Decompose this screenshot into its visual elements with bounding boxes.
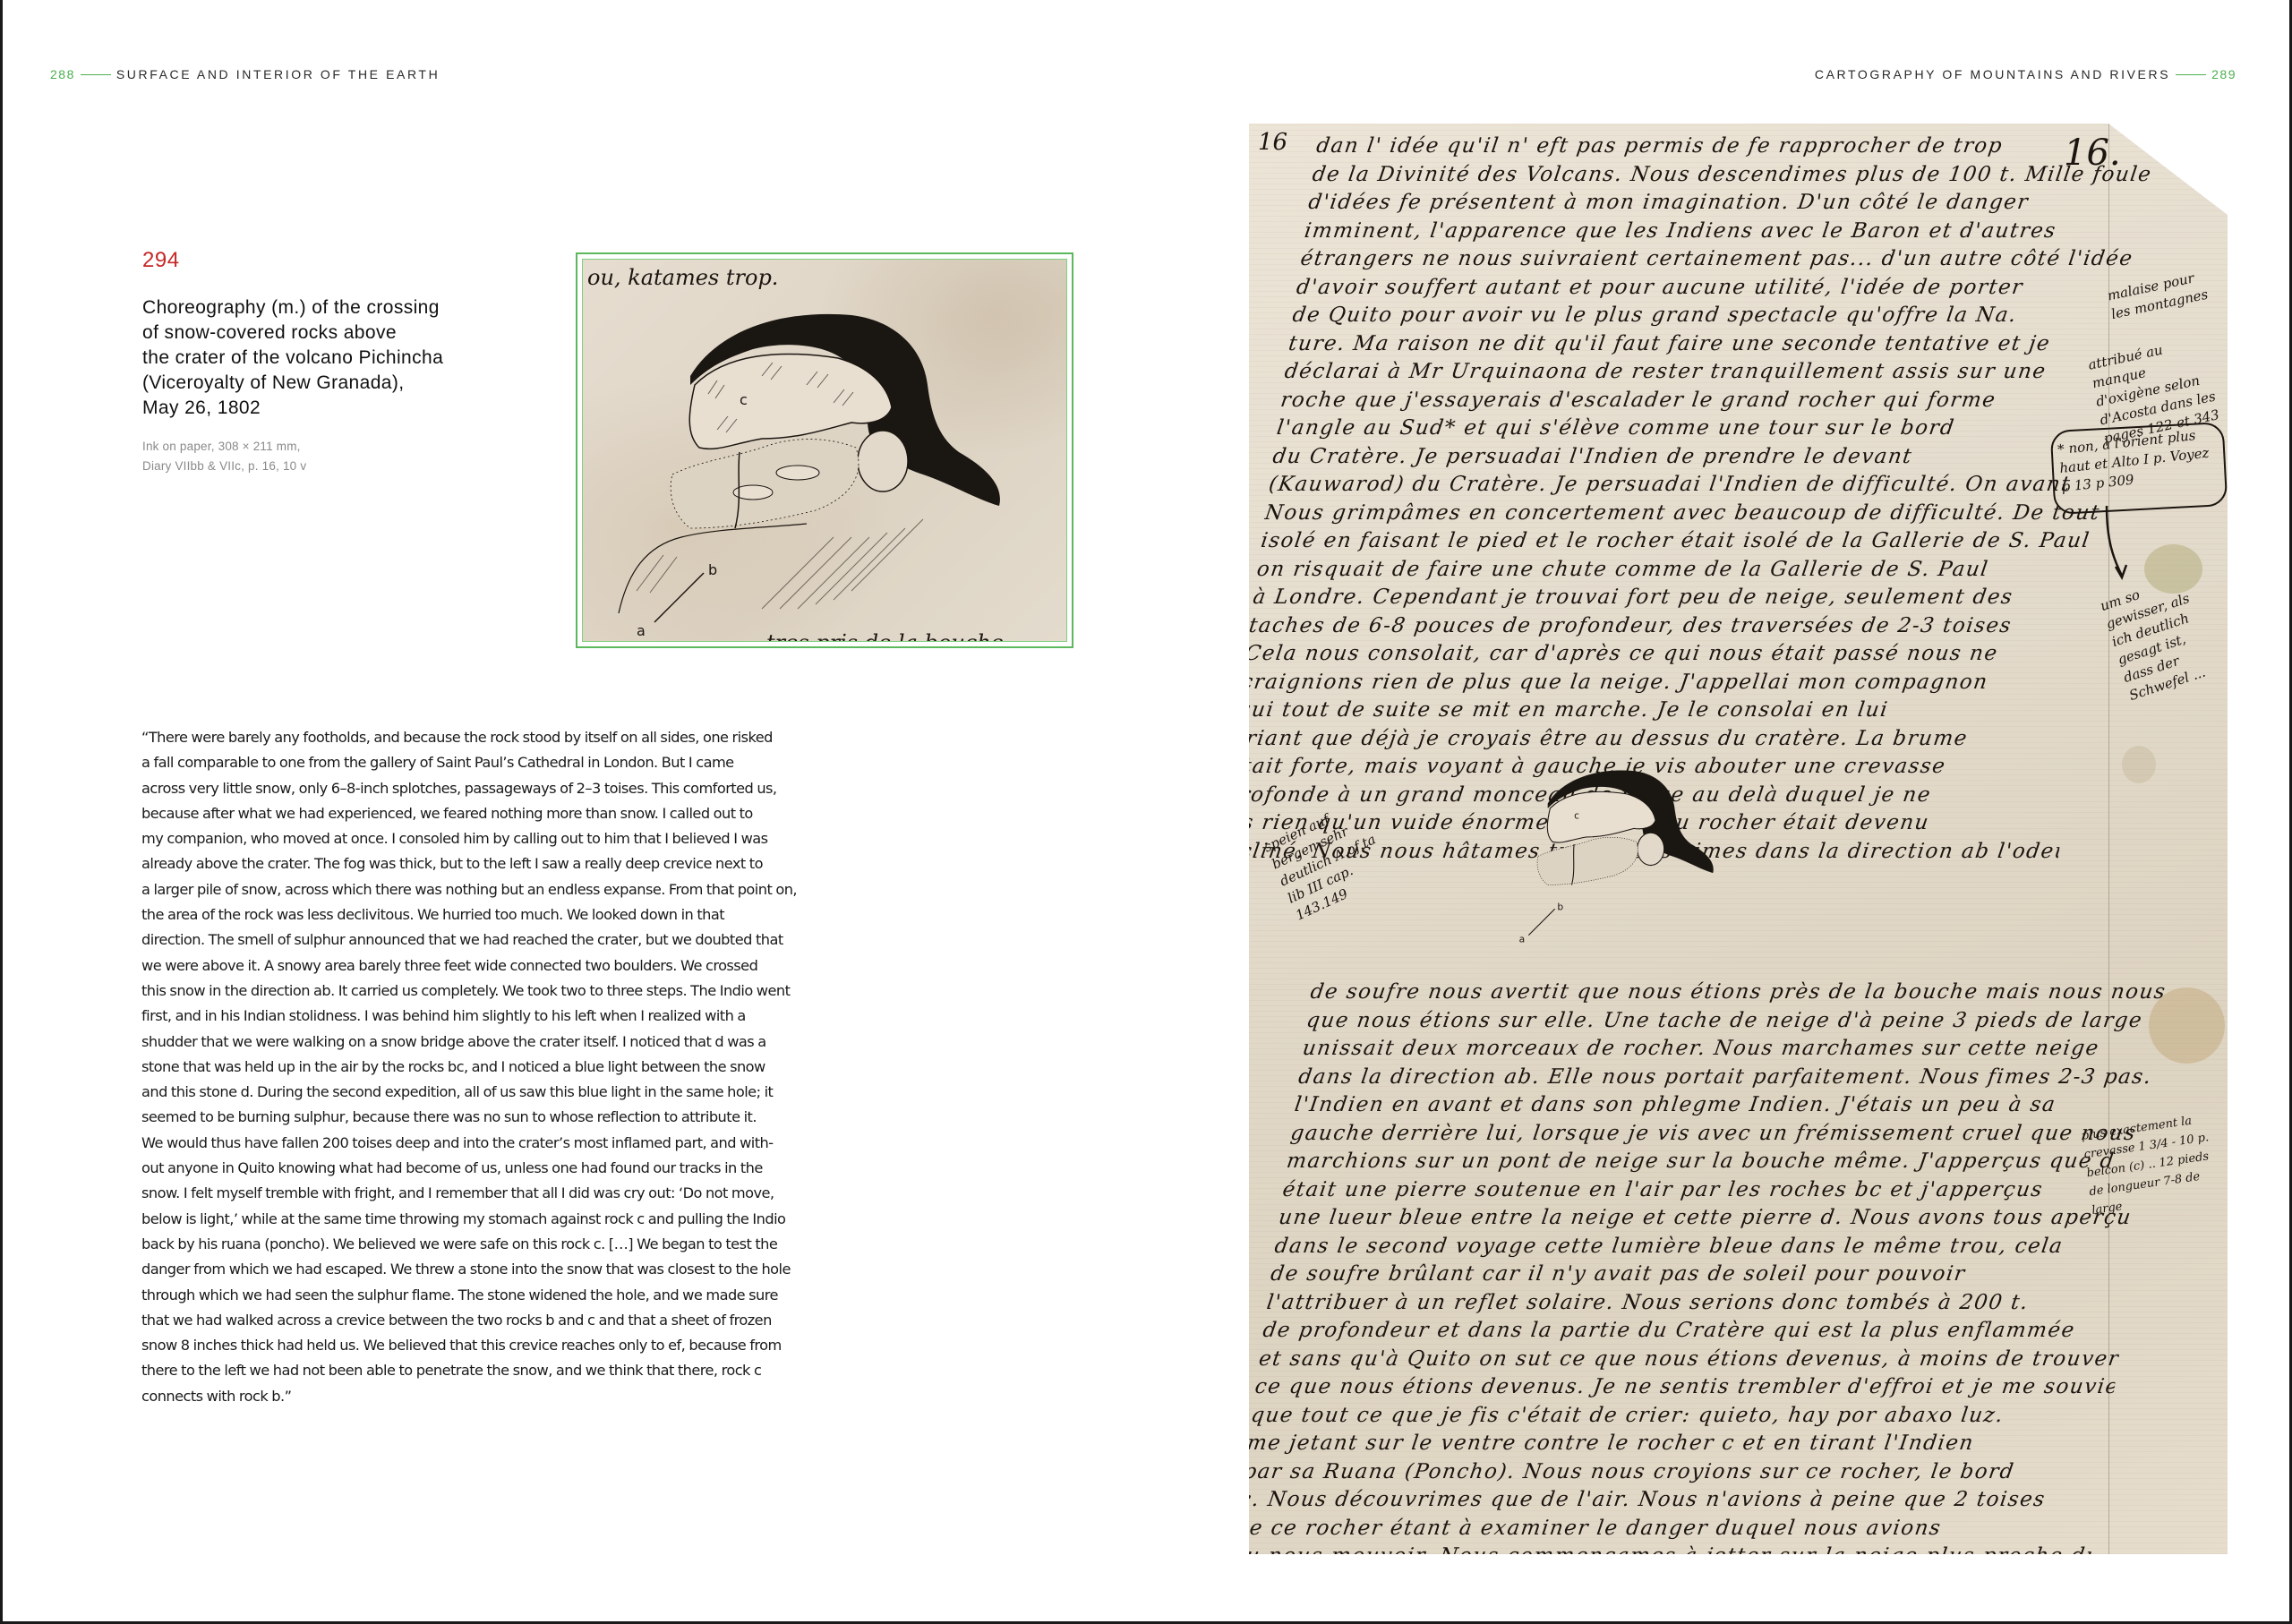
quote-line: that we had walked across a crevice betw… [141,1308,862,1333]
manuscript-line: et sans qu'à Quito on sut ce que nous ét… [1257,1346,2120,1374]
manuscript-line: était une pierre soutenue en l'air par l… [1280,1176,2143,1205]
rule-divider [81,74,111,75]
quote-line: below is light,’ while at the same time … [141,1207,862,1232]
plate-number: 294 [142,248,180,273]
quote-line: we were above it. A snowy area barely th… [141,953,862,979]
manuscript-line: qui tout de suite se mit en marche. Je l… [1249,697,2081,725]
manuscript-line: d'idées fe présentent à mon imagination.… [1306,189,2151,218]
volcano-rock-sketch-icon: ou, katames trop. c [583,260,1067,642]
svg-text:c: c [740,391,748,408]
manuscript-line: l'angle au Sud* et qui s'élève comme une… [1275,415,2120,443]
manuscript-line: que tout ce que je fis c'était de crier:… [1249,1402,2112,1431]
manuscript-line: on risquait de faire une chute comme de … [1255,556,2100,585]
manuscript-line: Nous grimpâmes en concertement avec beau… [1263,500,2108,528]
plate-title-line: May 26, 1802 [142,396,536,421]
section-title-right: CARTOGRAPHY OF MOUNTAINS AND RIVERS [1815,67,2170,81]
stain-spot [2122,746,2156,783]
manuscript-lower-text: de soufre nous avertit que nous étions p… [1249,979,2172,1554]
plate-title-line: Choreography (m.) of the crossing [142,295,536,321]
manuscript-line: que nous étions sur elle. Une tache de n… [1304,1007,2168,1036]
quote-line: the area of the rock was less declivitou… [141,902,862,927]
manuscript-line: ce que nous étions devenus. Je ne sentis… [1253,1373,2117,1402]
arrow-down-icon [2100,504,2135,585]
manuscript-line: une lueur bleue entre la neige et cette … [1277,1204,2140,1233]
manuscript-sketch-icon: c a b [1473,741,1768,947]
quote-line: there to the left we had not been able t… [141,1358,862,1383]
manuscript-line: dans la direction ab. Elle nous portait … [1296,1064,2159,1092]
detail-image-frame: ou, katames trop. c [576,252,1073,648]
manuscript-line: isolé en faisant le pied et le rocher ét… [1259,527,2104,556]
manuscript-line: unissait deux morceaux de rocher. Nous m… [1301,1035,2164,1064]
svg-text:a: a [637,622,646,639]
page-border-left [0,0,3,1624]
manuscript-line: roche que j'essayerais d'escalader le gr… [1279,387,2124,415]
quote-line: back by his ruana (poncho). We believed … [141,1232,862,1257]
manuscript-line: déclarai à Mr Urquinaona de rester tranq… [1283,358,2128,387]
meta-line: Ink on paper, 308 × 211 mm, [142,437,518,457]
manuscript-line: du Cratère. Je persuadai l'Indien de pre… [1270,443,2116,472]
manuscript-line: de la Divinité des Volcans. Nous descend… [1311,161,2156,190]
running-head-left: 288 SURFACE AND INTERIOR OF THE EARTH [50,67,440,81]
quote-line: my companion, who moved at once. I conso… [141,826,862,851]
manuscript-line: craignions rien de plus que la neige. J'… [1249,669,2084,697]
manuscript-line: d'avoir souffert autant et pour aucune u… [1295,274,2140,303]
manuscript-line: pu nous mouvoir. Nous commençames à jett… [1249,1543,2092,1554]
quote-line: across very little snow, only 6–8-inch s… [141,776,862,801]
rule-divider [2176,74,2206,75]
manuscript-line: ture. Ma raison ne dit qu'il faut faire … [1287,330,2132,359]
manuscript-line: l'Indien en avant et dans son phlegme In… [1293,1091,2156,1120]
manuscript-line: étrangers ne nous suivraient certainemen… [1298,245,2143,274]
page-number-left: 288 [50,67,75,81]
svg-text:b: b [708,561,717,578]
svg-text:a: a [1519,934,1526,945]
svg-text:ou, katames trop.: ou, katames trop. [587,265,778,290]
manuscript-line: de profondeur et dans la partie du Cratè… [1261,1317,2124,1346]
quote-line: a fall comparable to one from the galler… [141,750,862,775]
manuscript-line: par sa Ruana (Poncho). Nous nous croyion… [1249,1458,2105,1487]
manuscript-line: l'attribuer à un reflet solaire. Nous se… [1265,1289,2128,1318]
plate-title-line: of snow-covered rocks above [142,321,536,346]
manuscript-page-image: 16 16. dan l' idée qu'il n' eft pas perm… [1249,124,2228,1554]
meta-line: Diary VIIbb & VIIc, p. 16, 10 v [142,457,518,476]
manuscript-line: gauche derrière lui, lorsque je vis avec… [1288,1120,2151,1149]
manuscript-line: de soufre brûlant car il n'y avait pas d… [1269,1261,2132,1289]
plate-title: Choreography (m.) of the crossing of sno… [142,295,536,421]
manuscript-line: Cela nous consolait, car d'après ce qui … [1249,640,2089,669]
section-title-left: SURFACE AND INTERIOR OF THE EARTH [116,67,440,81]
manuscript-line: à Londre. Cependant je trouvai fort peu … [1251,584,2096,612]
quote-line: direction. The smell of sulphur announce… [141,927,862,953]
quote-line: danger from which we had escaped. We thr… [141,1257,862,1282]
manuscript-line: taches de 6-8 pouces de profondeur, des … [1249,612,2092,641]
quote-line: this snow in the direction ab. It carrie… [141,979,862,1004]
detail-image: ou, katames trop. c [582,259,1067,642]
manuscript-line: me jetant sur le ventre contre le rocher… [1249,1430,2108,1458]
quote-line: We would thus have fallen 200 toises dee… [141,1131,862,1156]
quote-line: through which we had seen the sulphur fl… [141,1283,862,1308]
manuscript-line: imminent, l'apparence que les Indiens av… [1303,218,2148,246]
quote-line: because after what we had experienced, w… [141,801,862,826]
manuscript-page-number-left: 16 [1258,129,1287,156]
manuscript-line: dans le second voyage cette lumière bleu… [1273,1233,2136,1261]
manuscript-line: marchions sur un pont de neige sur la bo… [1285,1148,2148,1176]
quote-line: out anyone in Quito knowing what had bec… [141,1156,862,1181]
quote-line: seemed to be burning sulphur, because th… [141,1105,862,1130]
plate-caption-meta: Ink on paper, 308 × 211 mm, Diary VIIbb … [142,437,518,476]
manuscript-line: dan l' idée qu'il n' eft pas permis de f… [1314,132,2159,161]
quote-line: snow 8 inches thick had held us. We beli… [141,1333,862,1358]
quote-line: and this stone d. During the second expe… [141,1080,862,1105]
svg-text:c: c [1574,810,1579,822]
svg-text:b: b [1557,901,1563,912]
margin-note: plus exactement la crevasse 1 3/4 - 10 p… [2080,1108,2226,1220]
manuscript-line: de ce rocher étant à examiner le danger … [1249,1515,2097,1543]
manuscript-line: c. Nous découvrimes que de l'air. Nous n… [1249,1486,2100,1515]
quote-line: a larger pile of snow, across which ther… [141,877,862,902]
manuscript-line: de soufre nous avertit que nous étions p… [1308,979,2171,1007]
quote-block: “There were barely any footholds, and be… [141,725,862,1409]
margin-note: um so gewisser, als ich deutlich gesagt … [2098,568,2227,705]
quote-line: first, and in his Indian stolidness. I w… [141,1004,862,1029]
manuscript-line: (Kauwarod) du Cratère. Je persuadai l'In… [1267,471,2112,500]
quote-line: already above the crater. The fog was th… [141,851,862,876]
manuscript-line: de Quito pour avoir vu le plus grand spe… [1291,302,2136,330]
quote-line: stone that was held up in the air by the… [141,1055,862,1080]
running-head-right: CARTOGRAPHY OF MOUNTAINS AND RIVERS 289 [1815,67,2236,81]
quote-line: shudder that we were walking on a snow b… [141,1030,862,1055]
svg-text:tres pris de la bouche: tres pris de la bouche [766,630,1004,642]
quote-line: “There were barely any footholds, and be… [141,725,862,750]
plate-title-line: (Viceroyalty of New Granada), [142,371,536,396]
page-number-right: 289 [2211,67,2236,81]
plate-title-line: the crater of the volcano Pichincha [142,346,536,371]
quote-line: connects with rock b.” [141,1384,862,1409]
quote-line: snow. I felt myself tremble with fright,… [141,1181,862,1206]
